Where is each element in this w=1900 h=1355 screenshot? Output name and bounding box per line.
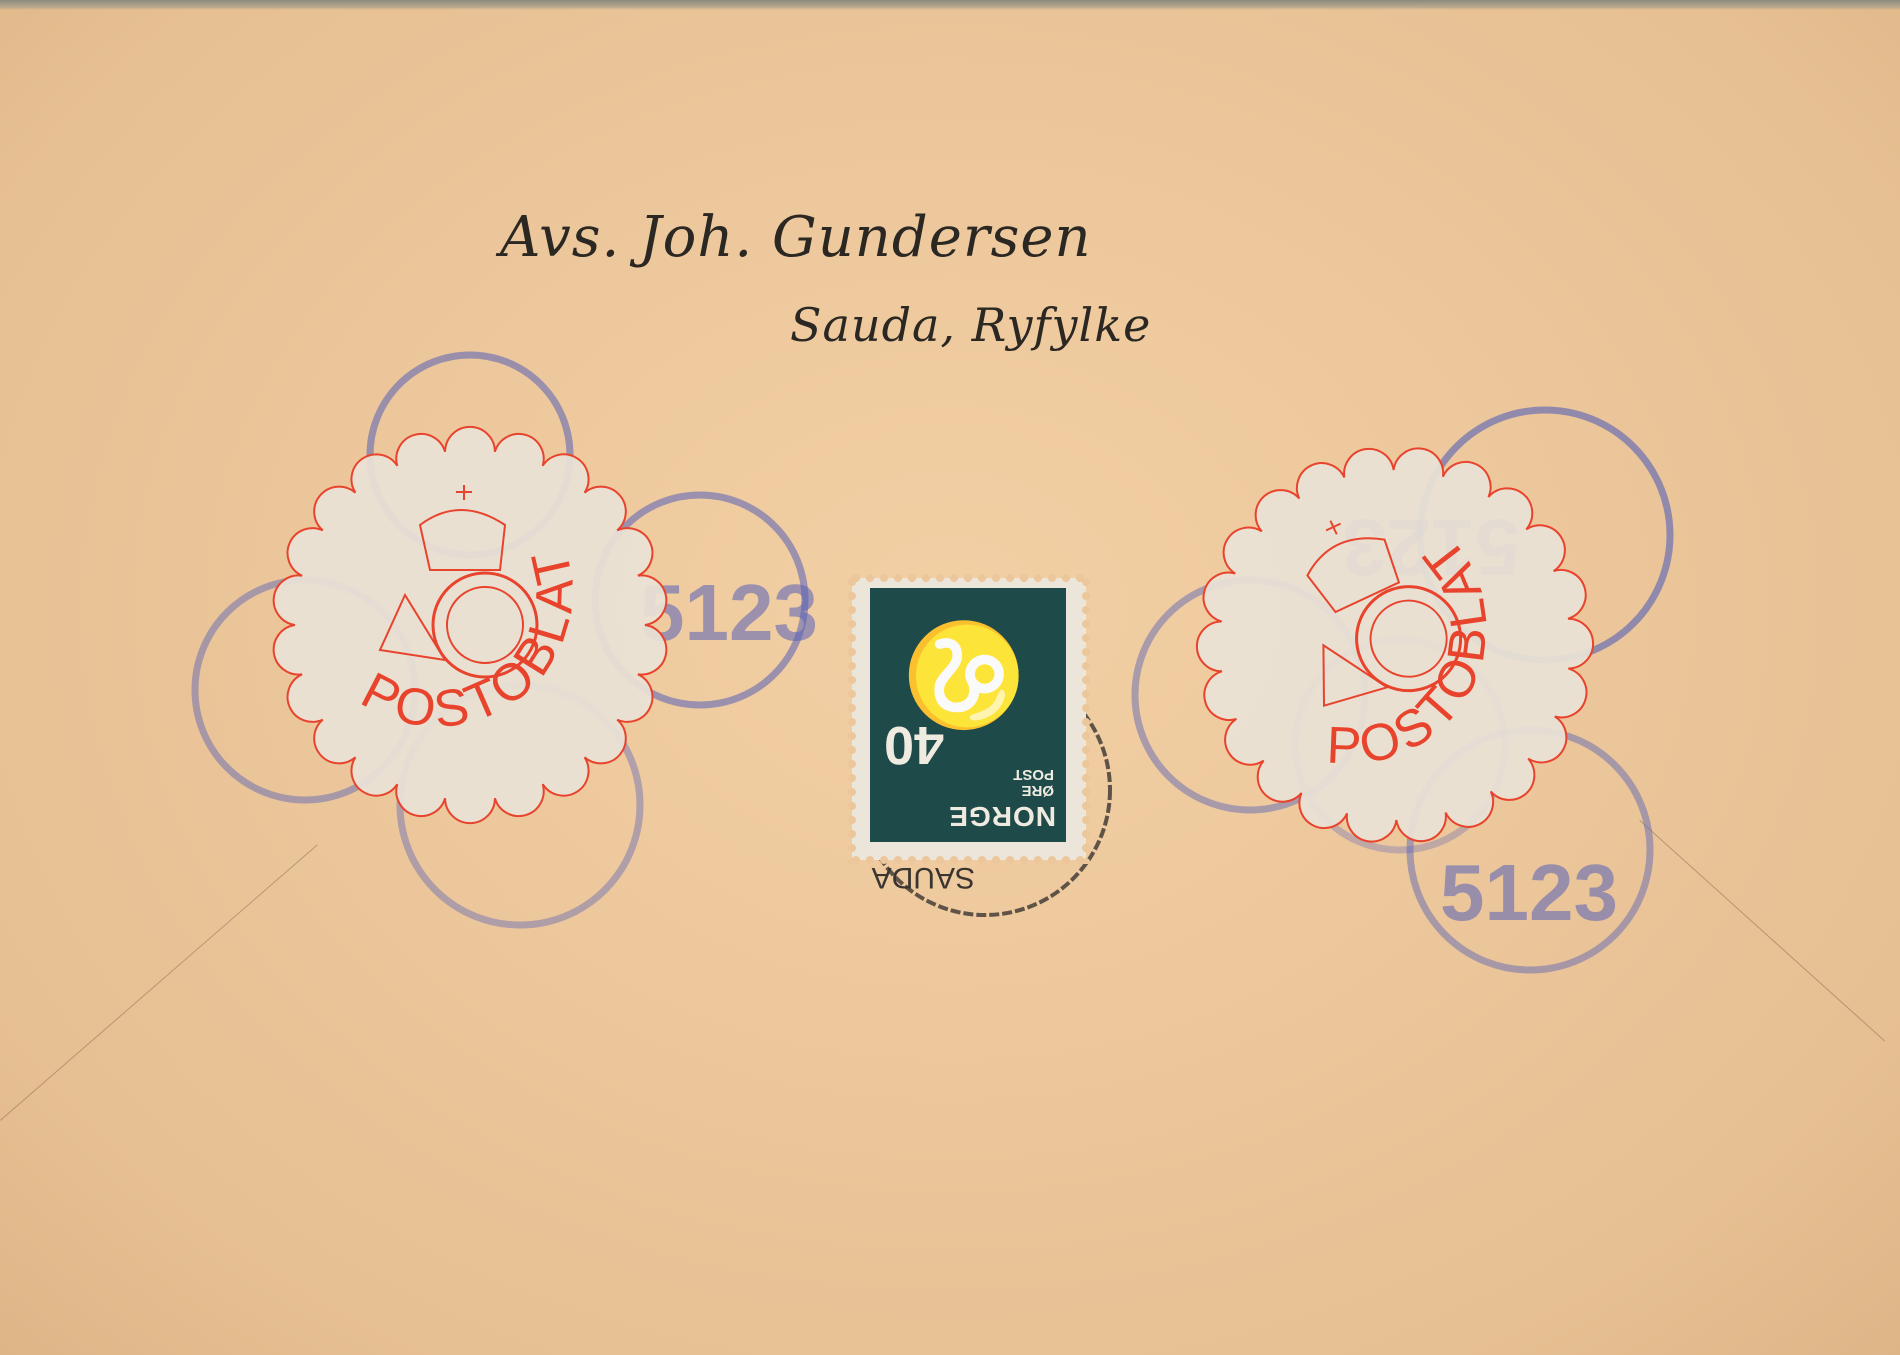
stamp-design: NORGE ØREPOST 40 ♌: [870, 588, 1066, 842]
stamp-currency: ØREPOST: [1013, 766, 1054, 798]
postmark-town: SAUDA: [872, 861, 975, 894]
stamp-country: NORGE: [948, 800, 1056, 832]
envelope-back: Avs. Joh. Gundersen Sauda, Ryfylke 5123 …: [0, 0, 1900, 1355]
lion-icon: ♌: [901, 624, 1026, 724]
postage-stamp: NORGE ØREPOST 40 ♌: [848, 574, 1090, 864]
